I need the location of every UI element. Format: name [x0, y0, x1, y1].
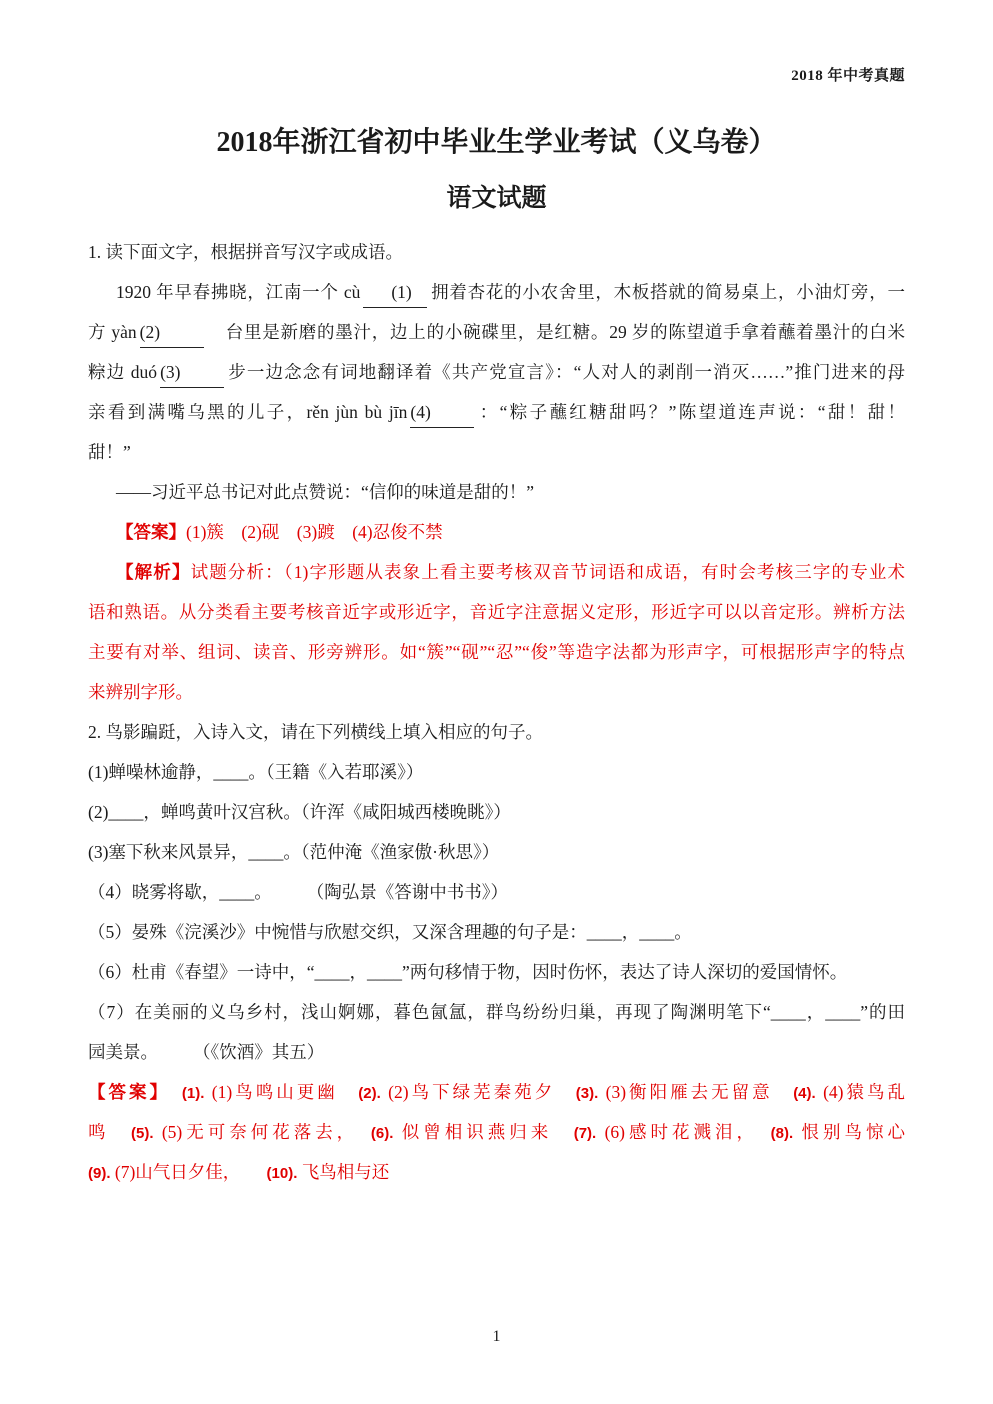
text-segment: ——习近平总书记对此点赞说：“信仰的味道是甜的！”	[116, 482, 534, 502]
text-line: 亲看到满嘴乌黑的儿子，rěn jùn bù jīn(4)：“粽子蘸红糖甜吗？”陈…	[88, 392, 905, 432]
text-segment: (5)无可奈何花落去，	[153, 1122, 370, 1142]
text-segment: (1)簇 (2)砚 (3)踱 (4)忍俊不禁	[186, 522, 443, 542]
text-segment: (3).	[576, 1085, 599, 1102]
text-line: 一边 duó(3)步一边念念有词地翻译着《共产党宣言》：“人对人的剥削一消灭………	[88, 352, 905, 392]
text-segment: (1)鸟鸣山更幽	[204, 1082, 358, 1102]
text-segment: (2)鸟下绿芜秦苑夕	[381, 1082, 576, 1102]
text-segment: (6)感时花溅泪，	[596, 1122, 770, 1142]
text-segment: 1920 年早春拂晓，江南一个 cù	[116, 282, 360, 302]
text-line: 主要有对举、组词、读音、形旁辨形。如“簇”“砚”“忍”“俊”等造字法都为形声字，…	[88, 632, 905, 672]
text-line: （7）在美丽的义乌乡村，浅山婀娜，暮色氤氲，群鸟纷纷归巢，再现了陶渊明笔下“__…	[88, 992, 905, 1032]
text-line: 2. 鸟影蹁跹，入诗入文，请在下列横线上填入相应的句子。	[88, 712, 905, 752]
text-segment: (9).	[88, 1165, 111, 1182]
text-line: （5）晏殊《浣溪沙》中惋惜与欣慰交织，又深含理趣的句子是：____，____。	[88, 912, 905, 952]
document-body: 1. 读下面文字，根据拼音写汉字或成语。1920 年早春拂晓，江南一个 cù(1…	[88, 232, 905, 1192]
text-line: 【解析】试题分析：（1)字形题从表象上看主要考核双音节词语和成语，有时会考核三字…	[88, 552, 905, 592]
text-segment: (2).	[358, 1085, 381, 1102]
text-segment: 步一边念念有词地翻译着《共产党宣言》：“人对人的剥削一消灭……”推门进来的母	[227, 362, 905, 382]
text-segment: 方 yàn	[88, 322, 137, 342]
text-line: 语和熟语。从分类看主要考核音近字或形近字，音近字注意据义定形，形近字可以以音定形…	[88, 592, 905, 632]
text-line: 来辨别字形。	[88, 672, 905, 712]
page-title: 2018年浙江省初中毕业生学业考试（义乌卷）	[0, 120, 993, 160]
text-segment: 飞鸟相与还	[297, 1162, 389, 1182]
text-segment: 【答案】	[116, 522, 186, 542]
text-segment: 1. 读下面文字，根据拼音写汉字或成语。	[88, 242, 403, 262]
text-segment: (2)____，蝉鸣黄叶汉宫秋。（许浑《咸阳城西楼晚眺》）	[88, 802, 511, 822]
text-line: 鸣 (5). (5)无可奈何花落去， (6). 似曾相识燕归来 (7). (6)…	[88, 1112, 905, 1152]
text-segment: 一边 duó	[88, 362, 157, 382]
text-line: ——习近平总书记对此点赞说：“信仰的味道是甜的！”	[88, 472, 905, 512]
text-line: 园美景。 （《饮酒》其五）	[88, 1032, 905, 1072]
page-subtitle: 语文试题	[0, 178, 993, 214]
header-note: 2018 年中考真题	[791, 64, 905, 85]
text-line: (3)塞下秋来风景异，____。（范仲淹《渔家傲·秋思》）	[88, 832, 905, 872]
text-segment: 试题分析：（1)字形题从表象上看主要考核双音节词语和成语，有时会考核三字的专业术	[191, 562, 905, 582]
text-segment: 主要有对举、组词、读音、形旁辨形。如“簇”“砚”“忍”“俊”等造字法都为形声字，…	[88, 642, 905, 662]
text-segment: （7）在美丽的义乌乡村，浅山婀娜，暮色氤氲，群鸟纷纷归巢，再现了陶渊明笔下“__…	[88, 1002, 905, 1022]
text-segment: (8).	[771, 1125, 794, 1142]
text-segment: 来辨别字形。	[88, 682, 193, 702]
text-segment: （5）晏殊《浣溪沙》中惋惜与欣慰交织，又深含理趣的句子是：____，____。	[88, 922, 692, 942]
text-segment: (7)山气日夕佳，	[111, 1162, 267, 1182]
text-segment: (6).	[371, 1125, 394, 1142]
text-line: (9). (7)山气日夕佳， (10). 飞鸟相与还	[88, 1152, 905, 1192]
text-line: 甜！”	[88, 432, 905, 472]
text-segment: 恨别鸟惊心	[793, 1122, 905, 1142]
text-segment: 园美景。 （《饮酒》其五）	[88, 1042, 324, 1062]
text-line: (1)蝉噪林逾静，____。（王籍《入若耶溪》）	[88, 752, 905, 792]
text-segment: (7).	[574, 1125, 597, 1142]
text-line: 1920 年早春拂晓，江南一个 cù(1)拥着杏花的小农舍里，木板搭就的简易桌上…	[88, 272, 905, 312]
text-segment: (4)猿鸟乱	[816, 1082, 905, 1102]
text-line: 1. 读下面文字，根据拼音写汉字或成语。	[88, 232, 905, 272]
text-segment: (5).	[131, 1125, 154, 1142]
text-segment: 【答案】	[88, 1082, 161, 1102]
fill-in-blank: (1)	[363, 281, 427, 308]
fill-in-blank: (2)	[140, 321, 204, 348]
text-segment: 【解析】	[116, 562, 191, 582]
page-number: 1	[0, 1328, 993, 1346]
text-segment: (4).	[793, 1085, 816, 1102]
text-line: (2)____，蝉鸣黄叶汉宫秋。（许浑《咸阳城西楼晚眺》）	[88, 792, 905, 832]
text-segment: ：“粽子蘸红糖甜吗？”陈望道连声说：“甜！甜！	[477, 402, 905, 422]
text-segment: 似曾相识燕归来	[393, 1122, 573, 1142]
text-segment: （4）晓雾将歇，____。 （陶弘景《答谢中书书》）	[88, 882, 508, 902]
fill-in-blank: (3)	[160, 361, 224, 388]
text-line: （6）杜甫《春望》一诗中，“____，____”两句移情于物，因时伤怀，表达了诗…	[88, 952, 905, 992]
exam-page: 2018 年中考真题 2018年浙江省初中毕业生学业考试（义乌卷） 语文试题 1…	[0, 0, 993, 1404]
text-segment: (1).	[182, 1085, 205, 1102]
text-segment: 亲看到满嘴乌黑的儿子，rěn jùn bù jīn	[88, 402, 407, 422]
text-segment: (10).	[267, 1165, 298, 1182]
text-line: （4）晓雾将歇，____。 （陶弘景《答谢中书书》）	[88, 872, 905, 912]
text-segment: (3)塞下秋来风景异，____。（范仲淹《渔家傲·秋思》）	[88, 842, 499, 862]
text-segment: (1)蝉噪林逾静，____。（王籍《入若耶溪》）	[88, 762, 423, 782]
text-segment: 语和熟语。从分类看主要考核音近字或形近字，音近字注意据义定形，形近字可以以音定形…	[88, 602, 905, 622]
text-line: 【答案】 (1). (1)鸟鸣山更幽 (2). (2)鸟下绿芜秦苑夕 (3). …	[88, 1072, 905, 1112]
text-segment: (3)衡阳雁去无留意	[598, 1082, 793, 1102]
text-segment: （6）杜甫《春望》一诗中，“____，____”两句移情于物，因时伤怀，表达了诗…	[88, 962, 847, 982]
text-segment: 鸣	[88, 1122, 131, 1142]
text-line: 【答案】(1)簇 (2)砚 (3)踱 (4)忍俊不禁	[88, 512, 905, 552]
text-segment	[161, 1082, 182, 1102]
text-segment: 甜！”	[88, 442, 131, 462]
text-line: 方 yàn(2) 台里是新磨的墨汁，边上的小碗碟里，是红糖。29 岁的陈望道手拿…	[88, 312, 905, 352]
fill-in-blank: (4)	[410, 401, 474, 428]
text-segment: 2. 鸟影蹁跹，入诗入文，请在下列横线上填入相应的句子。	[88, 722, 543, 742]
text-segment: 拥着杏花的小农舍里，木板搭就的简易桌上，小油灯旁，一	[430, 282, 905, 302]
